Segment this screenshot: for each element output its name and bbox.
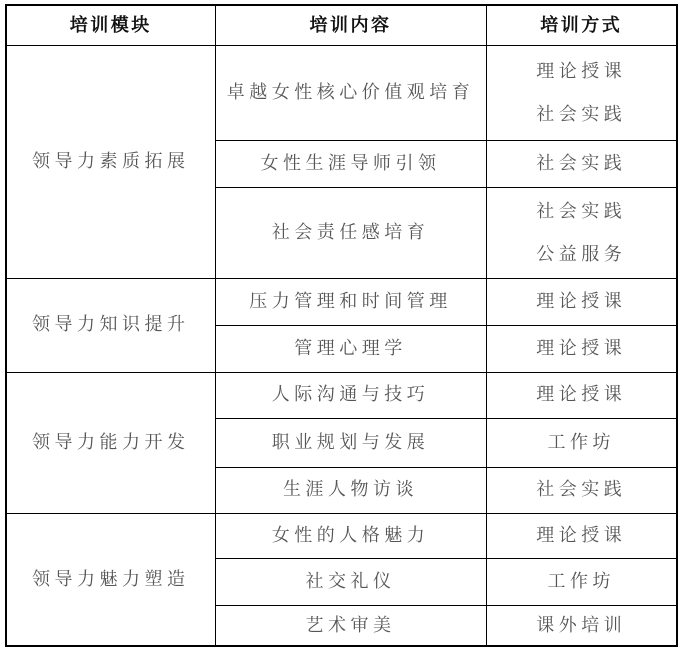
module-cell: 领导力知识提升: [6, 278, 215, 372]
content-cell: 卓越女性核心价值观培育: [215, 45, 486, 140]
content-cell: 女性的人格魅力: [215, 513, 486, 558]
header-cell-content: 培训内容: [215, 5, 486, 45]
content-cell: 女性生涯导师引领: [215, 140, 486, 187]
method-cell: 社会实践: [486, 467, 677, 513]
content-cell: 社会责任感培育: [215, 187, 486, 278]
content-cell: 职业规划与发展: [215, 418, 486, 467]
module-cell: 领导力魅力塑造: [6, 513, 215, 646]
method-cell: 工作坊: [486, 418, 677, 467]
method-cell: 工作坊: [486, 558, 677, 605]
method-cell: 理论授课 社会实践: [486, 45, 677, 140]
content-cell: 生涯人物访谈: [215, 467, 486, 513]
training-plan-table: 培训模块 培训内容 培训方式 领导力素质拓展 卓越女性核心价值观培育 理论授课 …: [5, 4, 678, 647]
document-page: 培训模块 培训内容 培训方式 领导力素质拓展 卓越女性核心价值观培育 理论授课 …: [0, 0, 684, 654]
method-line: 公益服务: [487, 233, 677, 276]
content-cell: 压力管理和时间管理: [215, 278, 486, 325]
method-cell: 理论授课: [486, 372, 677, 418]
table-row: 领导力魅力塑造 女性的人格魅力 理论授课: [6, 513, 677, 558]
method-cell: 社会实践 公益服务: [486, 187, 677, 278]
method-cell: 理论授课: [486, 278, 677, 325]
method-line: 社会实践: [487, 190, 677, 233]
method-line: 社会实践: [487, 93, 677, 136]
table-row: 领导力知识提升 压力管理和时间管理 理论授课: [6, 278, 677, 325]
content-cell: 艺术审美: [215, 605, 486, 646]
method-line: 理论授课: [487, 50, 677, 93]
content-cell: 社交礼仪: [215, 558, 486, 605]
method-cell: 理论授课: [486, 513, 677, 558]
content-cell: 人际沟通与技巧: [215, 372, 486, 418]
table-row: 领导力素质拓展 卓越女性核心价值观培育 理论授课 社会实践: [6, 45, 677, 140]
header-cell-method: 培训方式: [486, 5, 677, 45]
content-cell: 管理心理学: [215, 325, 486, 372]
module-cell: 领导力素质拓展: [6, 45, 215, 278]
method-cell: 课外培训: [486, 605, 677, 646]
module-cell: 领导力能力开发: [6, 372, 215, 513]
method-cell: 社会实践: [486, 140, 677, 187]
table-row: 领导力能力开发 人际沟通与技巧 理论授课: [6, 372, 677, 418]
header-row: 培训模块 培训内容 培训方式: [6, 5, 677, 45]
method-cell: 理论授课: [486, 325, 677, 372]
header-cell-module: 培训模块: [6, 5, 215, 45]
